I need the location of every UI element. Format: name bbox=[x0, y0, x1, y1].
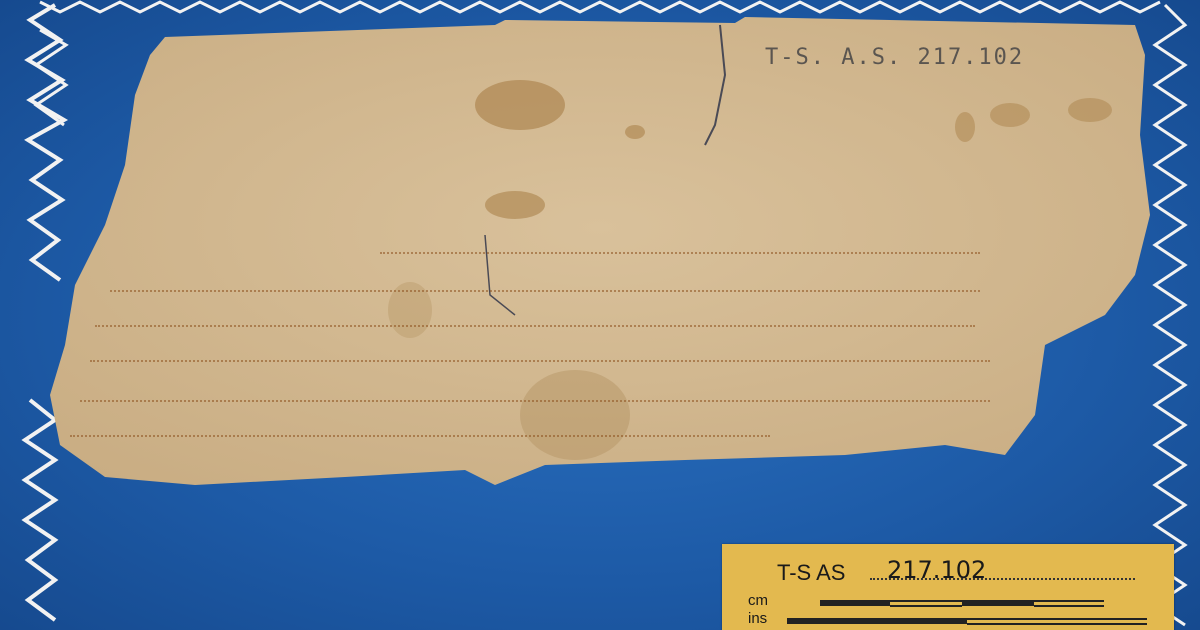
scale-cm-label: cm bbox=[748, 592, 768, 609]
text-line bbox=[380, 252, 980, 256]
cm-scale-bar bbox=[1034, 605, 1104, 607]
cm-scale-bar bbox=[890, 605, 962, 607]
catalogue-label: T-S AS 217.102 cm ins bbox=[722, 544, 1174, 630]
cm-scale-bar bbox=[1034, 600, 1104, 602]
label-series: T-S AS bbox=[777, 560, 845, 586]
ins-scale-bar bbox=[967, 623, 1147, 625]
cm-scale-bar bbox=[962, 600, 1034, 606]
text-line bbox=[90, 360, 990, 364]
pencil-shelfmark: T-S. A.S. 217.102 bbox=[765, 45, 1024, 70]
ins-scale-bar bbox=[967, 618, 1147, 620]
cm-scale-bar bbox=[890, 600, 962, 602]
scale-ins-label: ins bbox=[748, 610, 767, 627]
cm-scale-bar bbox=[820, 600, 890, 606]
ins-scale-bar bbox=[787, 618, 967, 624]
text-line bbox=[110, 290, 980, 294]
text-line bbox=[70, 435, 770, 439]
text-line bbox=[80, 400, 990, 404]
text-line bbox=[95, 325, 975, 329]
label-number: 217.102 bbox=[887, 556, 986, 584]
